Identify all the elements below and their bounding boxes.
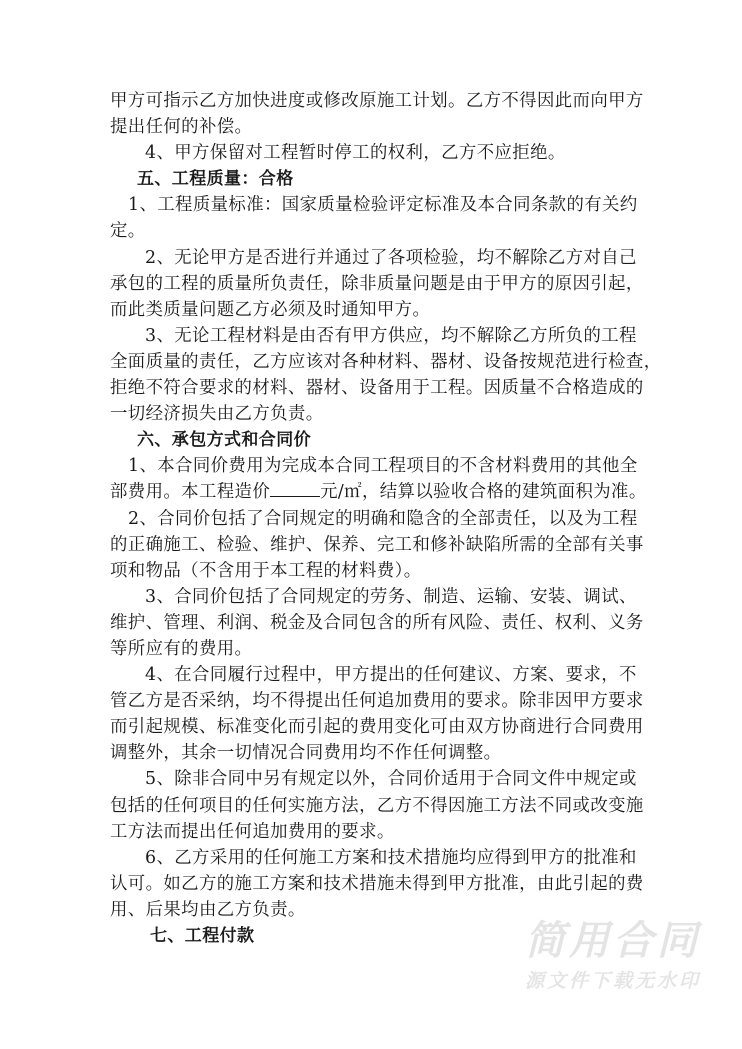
paragraph-line: 承包的工程的质量所负责任，除非质量问题是由于甲方的原因引起， <box>110 271 632 297</box>
paragraph-line: 提出任何的补偿。 <box>110 114 632 140</box>
paragraph-line: 管乙方是否采纳，均不得提出任何追加费用的要求。除非因甲方要求 <box>110 688 632 714</box>
paragraph-line: 项和物品（不含用于本工程的材料费）。 <box>110 558 632 584</box>
clause-4-suggestions: 4、在合同履行过程中，甲方提出的任何建议、方案、要求，不 <box>110 662 632 688</box>
clause-4-stop-work: 4、甲方保留对工程暂时停工的权利，乙方不应拒绝。 <box>110 140 632 166</box>
paragraph-line: 而引起规模、标准变化而引起的费用变化可由双方协商进行合同费用 <box>110 714 632 740</box>
price-text-before: 部费用。本工程造价 <box>110 482 270 502</box>
paragraph-line: 工方法而提出任何追加费用的要求。 <box>110 819 632 845</box>
price-text-after: 元/㎡，结算以验收合格的建筑面积为准。 <box>320 482 647 502</box>
paragraph-line: 用、后果均由乙方负责。 <box>110 897 632 923</box>
clause-1-contract-price: 1、本合同价费用为完成本合同工程项目的不含材料费用的其他全 <box>110 453 632 479</box>
price-blank-field[interactable] <box>270 480 320 497</box>
watermark-caption: 源文件下载无水印 <box>508 968 718 994</box>
paragraph-line-price: 部费用。本工程造价元/㎡，结算以验收合格的建筑面积为准。 <box>110 479 632 505</box>
clause-2-inspection: 2、无论甲方是否进行并通过了各项检验，均不解除乙方对自己 <box>110 245 632 271</box>
paragraph-line: 调整外，其余一切情况合同费用均不作任何调整。 <box>110 740 632 766</box>
paragraph-line: 而此类质量问题乙方必须及时通知甲方。 <box>110 297 632 323</box>
paragraph-line: 认可。如乙方的施工方案和技术措施未得到甲方批准，由此引起的费 <box>110 871 632 897</box>
document-page: 甲方可指示乙方加快进度或修改原施工计划。乙方不得因此而向甲方 提出任何的补偿。 … <box>110 88 632 949</box>
paragraph-line: 甲方可指示乙方加快进度或修改原施工计划。乙方不得因此而向甲方 <box>110 88 632 114</box>
section-heading-contract-price: 六、承包方式和合同价 <box>110 427 632 453</box>
paragraph-line: 维护、管理、利润、税金及合同包含的所有风险、责任、权利、义务 <box>110 610 632 636</box>
paragraph-line: 全面质量的责任，乙方应该对各种材料、器材、设备按规范进行检查， <box>110 349 632 375</box>
section-heading-payment: 七、工程付款 <box>110 923 632 949</box>
paragraph-line: 定。 <box>110 218 632 244</box>
paragraph-line: 拒绝不符合要求的材料、器材、设备用于工程。因质量不合格造成的 <box>110 375 632 401</box>
paragraph-line: 等所应有的费用。 <box>110 636 632 662</box>
clause-5-methods: 5、除非合同中另有规定以外，合同价适用于合同文件中规定或 <box>110 766 632 792</box>
paragraph-line: 的正确施工、检验、维护、保养、完工和修补缺陷所需的全部有关事 <box>110 532 632 558</box>
clause-1-quality-standard: 1、工程质量标准：国家质量检验评定标准及本合同条款的有关约 <box>110 192 632 218</box>
clause-6-construction-plan: 6、乙方采用的任何施工方案和技术措施均应得到甲方的批准和 <box>110 845 632 871</box>
clause-2-price-scope: 2、合同价包括了合同规定的明确和隐含的全部责任，以及为工程 <box>110 506 632 532</box>
section-heading-quality: 五、工程质量：合格 <box>110 166 632 192</box>
clause-3-materials: 3、无论工程材料是由否有甲方供应，均不解除乙方所负的工程 <box>110 323 632 349</box>
paragraph-line: 一切经济损失由乙方负责。 <box>110 401 632 427</box>
paragraph-line: 包括的任何项目的任何实施方法，乙方不得因施工方法不同或改变施 <box>110 793 632 819</box>
clause-3-price-inclusions: 3、合同价包括了合同规定的劳务、制造、运输、安装、调试、 <box>110 584 632 610</box>
